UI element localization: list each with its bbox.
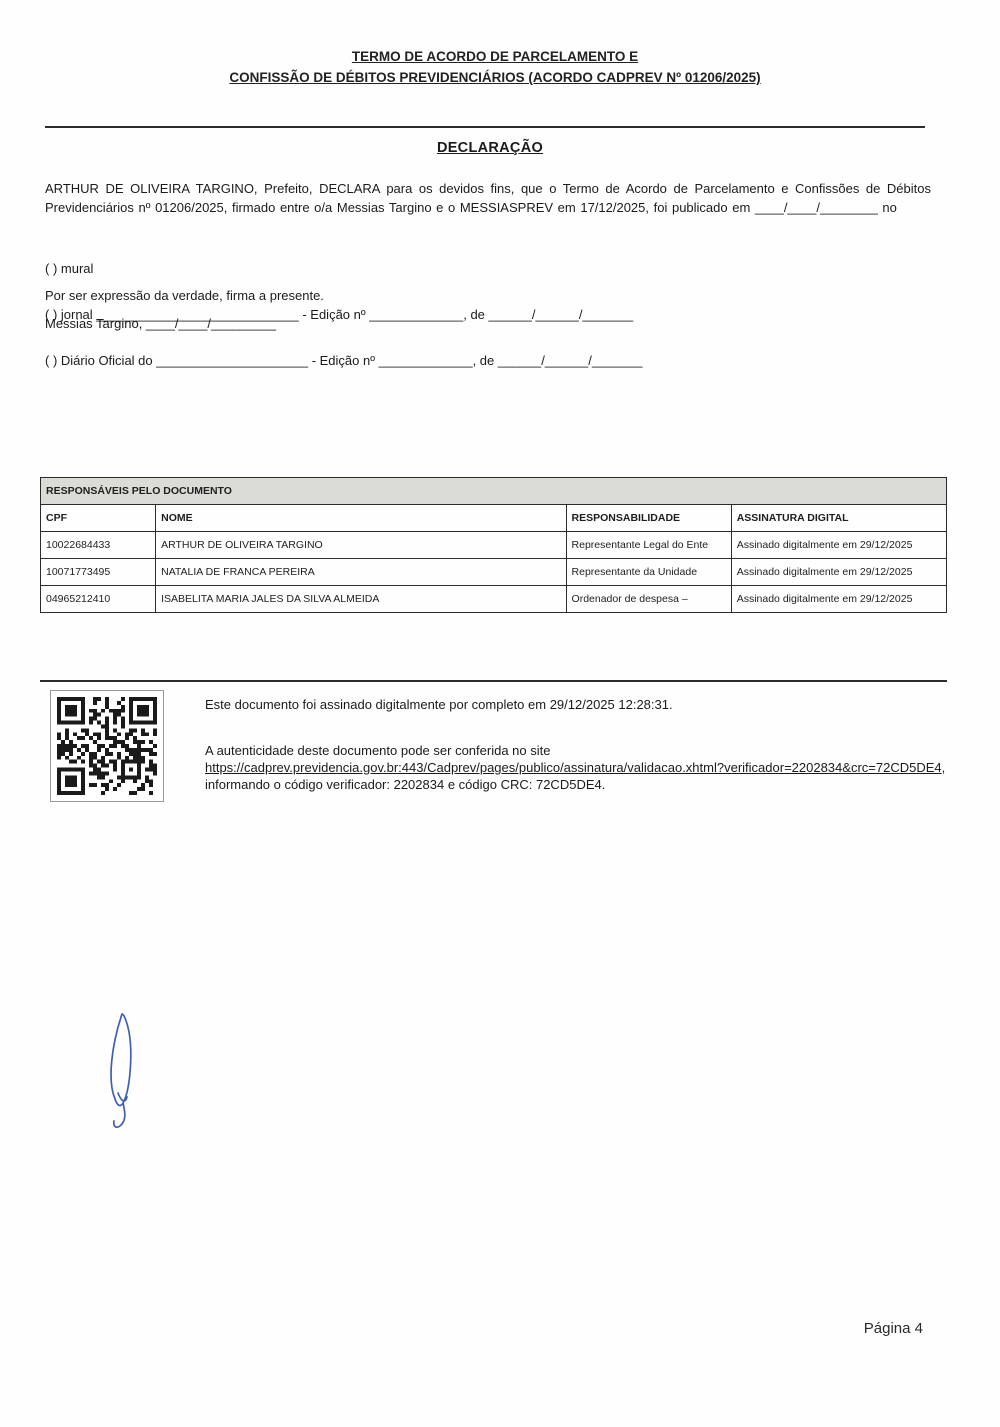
signature-date-line: Messias Targino, ____/____/_________ xyxy=(45,316,276,331)
nome-cell: NATALIA DE FRANCA PEREIRA xyxy=(156,559,566,586)
closing-statement: Por ser expressão da verdade, firma a pr… xyxy=(45,288,324,303)
pen-scribble xyxy=(85,1000,155,1140)
table-body: RESPONSÁVEIS PELO DOCUMENTO CPFNOMERESPO… xyxy=(41,478,947,613)
cpf-cell: 10071773495 xyxy=(41,559,156,586)
option-mural: ( ) mural xyxy=(45,261,931,276)
column-header-responsabilidade: RESPONSABILIDADE xyxy=(566,505,731,532)
nome-cell: ARTHUR DE OLIVEIRA TARGINO xyxy=(156,532,566,559)
top-divider xyxy=(45,126,925,128)
table-header-row: CPFNOMERESPONSABILIDADEASSINATURA DIGITA… xyxy=(41,505,947,532)
signed-timestamp-line: Este documento foi assinado digitalmente… xyxy=(205,696,950,713)
responsibles-table: RESPONSÁVEIS PELO DOCUMENTO CPFNOMERESPO… xyxy=(40,477,947,613)
page-number: Página 4 xyxy=(864,1320,923,1337)
validation-link[interactable]: https://cadprev.previdencia.gov.br:443/C… xyxy=(205,760,942,775)
table-section-row: RESPONSÁVEIS PELO DOCUMENTO xyxy=(41,478,947,505)
verify-intro: A autenticidade deste documento pode ser… xyxy=(205,743,550,758)
declaration-paragraph: ARTHUR DE OLIVEIRA TARGINO, Prefeito, DE… xyxy=(45,180,931,217)
table-row: 10071773495NATALIA DE FRANCA PEREIRARepr… xyxy=(41,559,947,586)
mid-divider xyxy=(40,680,947,682)
responsabilidade-cell: Representante da Unidade xyxy=(566,559,731,586)
table-row: 10022684433ARTHUR DE OLIVEIRA TARGINORep… xyxy=(41,532,947,559)
digital-signature-section: Este documento foi assinado digitalmente… xyxy=(50,690,950,802)
assinatura-cell: Assinado digitalmente em 29/12/2025 xyxy=(731,586,946,613)
title-line-1: TERMO DE ACORDO DE PARCELAMENTO E xyxy=(0,46,990,67)
column-header-assinatura-digital: ASSINATURA DIGITAL xyxy=(731,505,946,532)
signature-info-text: Este documento foi assinado digitalmente… xyxy=(205,690,950,793)
table-section-title: RESPONSÁVEIS PELO DOCUMENTO xyxy=(41,478,947,505)
qr-code-icon xyxy=(50,690,164,802)
title-line-2: CONFISSÃO DE DÉBITOS PREVIDENCIÁRIOS (AC… xyxy=(0,67,990,88)
option-diario-oficial: ( ) Diário Oficial do __________________… xyxy=(45,353,931,368)
nome-cell: ISABELITA MARIA JALES DA SILVA ALMEIDA xyxy=(156,586,566,613)
responsabilidade-cell: Representante Legal do Ente xyxy=(566,532,731,559)
cpf-cell: 04965212410 xyxy=(41,586,156,613)
declaration-heading: DECLARAÇÃO xyxy=(45,140,935,156)
assinatura-cell: Assinado digitalmente em 29/12/2025 xyxy=(731,532,946,559)
authenticity-paragraph: A autenticidade deste documento pode ser… xyxy=(205,742,950,793)
document-page: TERMO DE ACORDO DE PARCELAMENTO E CONFIS… xyxy=(0,0,1000,1427)
column-header-nome: NOME xyxy=(156,505,566,532)
cpf-cell: 10022684433 xyxy=(41,532,156,559)
publication-options: ( ) mural ( ) jornal ___________________… xyxy=(45,231,931,398)
column-header-cpf: CPF xyxy=(41,505,156,532)
responsabilidade-cell: Ordenador de despesa – xyxy=(566,586,731,613)
table-row: 04965212410ISABELITA MARIA JALES DA SILV… xyxy=(41,586,947,613)
document-title: TERMO DE ACORDO DE PARCELAMENTO E CONFIS… xyxy=(0,46,990,88)
responsibles-table-wrapper: RESPONSÁVEIS PELO DOCUMENTO CPFNOMERESPO… xyxy=(40,477,947,613)
assinatura-cell: Assinado digitalmente em 29/12/2025 xyxy=(731,559,946,586)
